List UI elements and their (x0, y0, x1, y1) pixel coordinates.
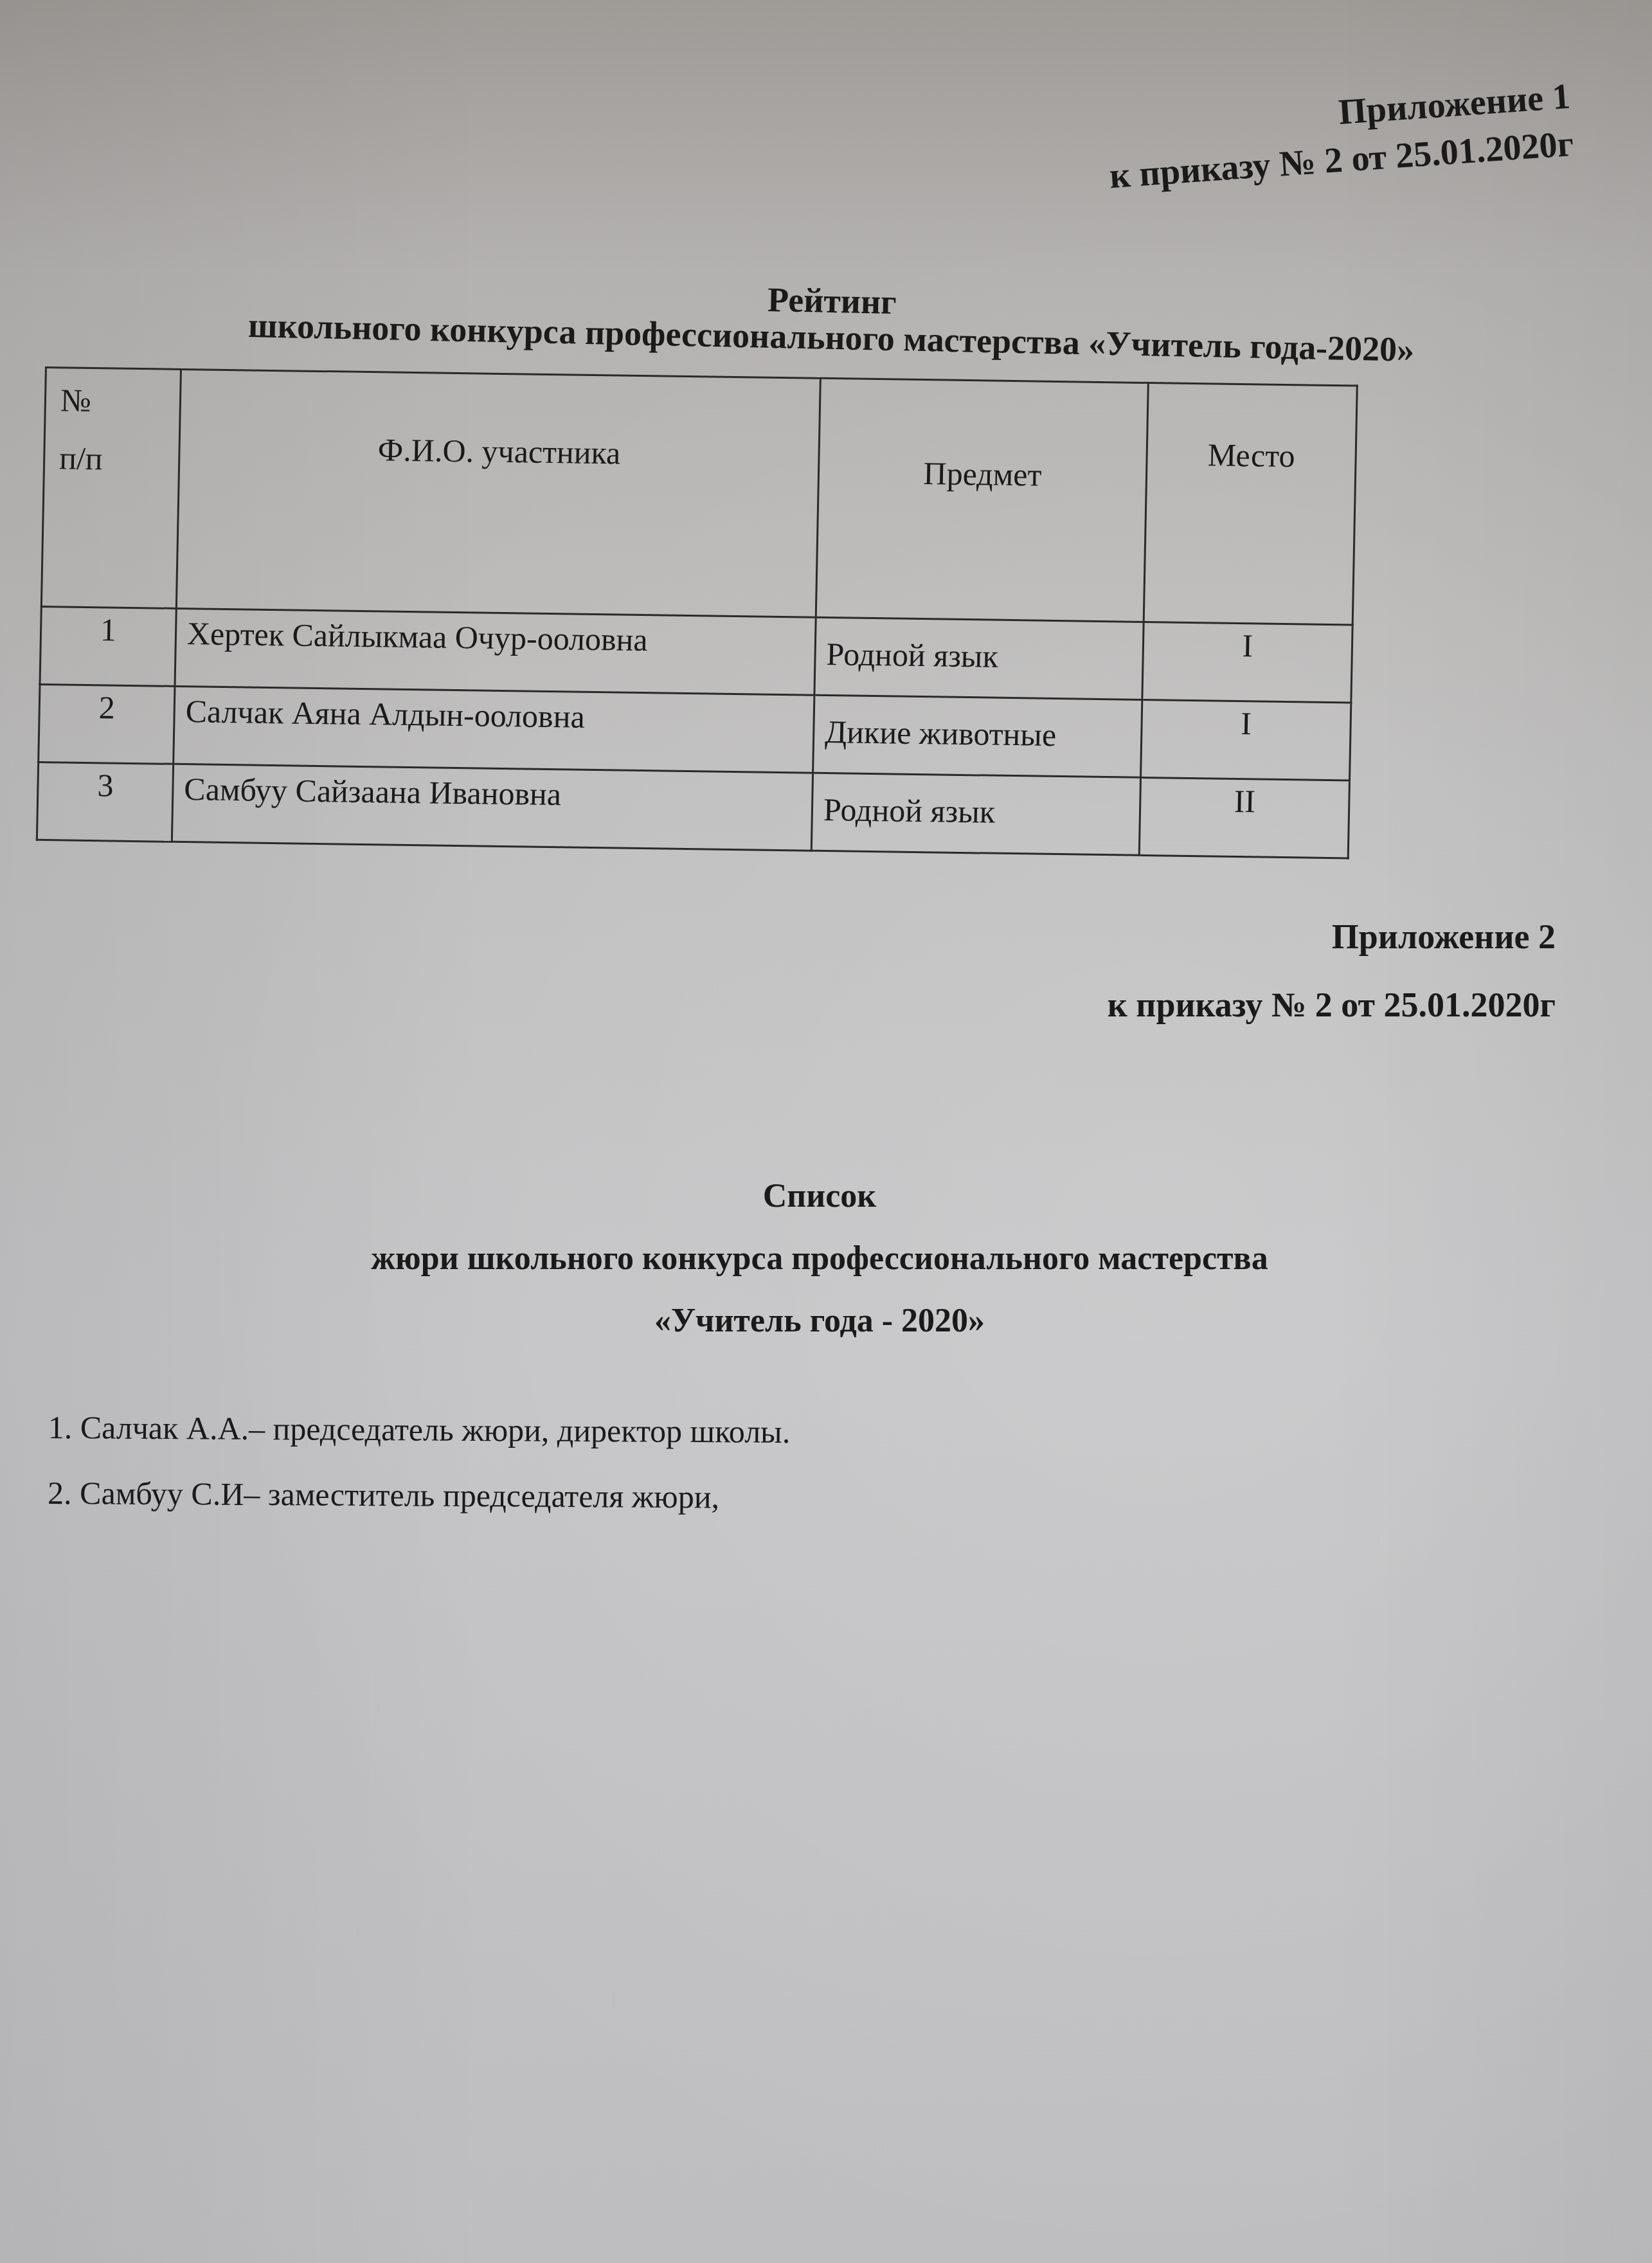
appendix-2-order-ref: к приказу № 2 от 25.01.2020г (1108, 987, 1556, 1022)
participant-name: Салчак Аяна Алдын-ооловна (174, 686, 814, 773)
place: II (1139, 777, 1349, 858)
rating-heading: Рейтинг школьного конкурса профессиональ… (192, 269, 1472, 369)
header-name: Ф.И.О. участника (176, 369, 820, 617)
participant-name: Хертек Сайлыкмаа Очур-ооловна (175, 608, 816, 695)
place: I (1141, 699, 1351, 780)
header-subject: Предмет (816, 378, 1148, 622)
jury-heading: Список жюри школьного конкурса профессио… (174, 1180, 1466, 1367)
row-number: 3 (37, 762, 173, 842)
header-number: № п/п (41, 368, 181, 609)
jury-contest-name: «Учитель года - 2020» (174, 1304, 1466, 1338)
subject: Родной язык (811, 773, 1140, 855)
appendix-2-title: Приложение 2 (1108, 919, 1556, 954)
header-number-symbol: № (60, 371, 170, 430)
rating-table: № п/п Ф.И.О. участника Предмет Место 1Хе… (36, 366, 1358, 859)
jury-subtitle: жюри школьного конкурса профессиональног… (174, 1242, 1466, 1276)
rating-table-container: № п/п Ф.И.О. участника Предмет Место 1Хе… (36, 366, 1356, 859)
place: I (1142, 622, 1352, 703)
participant-name: Самбуу Сайзаана Ивановна (172, 764, 813, 851)
subject: Дикие животные (813, 695, 1142, 777)
jury-member: 2. Самбуу С.И– заместитель председателя … (48, 1477, 790, 1513)
header-place: Место (1144, 383, 1357, 624)
appendix-1-header: Приложение 1 к приказу № 2 от 25.01.2020… (1105, 74, 1575, 199)
subject: Родной язык (814, 617, 1144, 699)
header-number-label: п/п (58, 429, 168, 488)
row-number: 1 (40, 606, 176, 686)
appendix-2-header: Приложение 2 к приказу № 2 от 25.01.2020… (1108, 919, 1556, 1022)
jury-member: 1. Салчак А.А.– председатель жюри, дирек… (48, 1411, 791, 1448)
jury-list: 1. Салчак А.А.– председатель жюри, дирек… (48, 1411, 791, 1547)
row-number: 2 (39, 684, 175, 764)
table-header-row: № п/п Ф.И.О. участника Предмет Место (41, 368, 1357, 625)
jury-title: Список (174, 1180, 1466, 1213)
